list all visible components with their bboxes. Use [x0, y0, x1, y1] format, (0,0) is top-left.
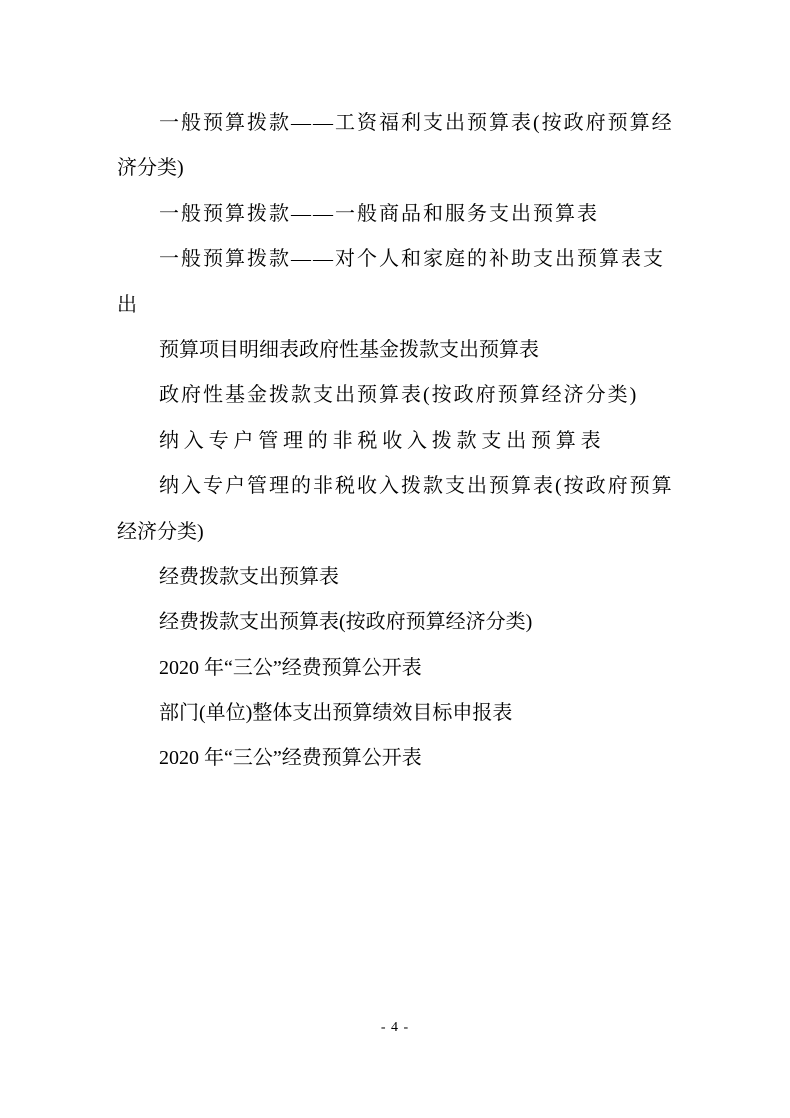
list-item: 政府性基金拨款支出预算表(按政府预算经济分类): [117, 373, 687, 418]
text-line: 经费拨款支出预算表: [117, 555, 687, 600]
text-line: 出: [117, 283, 687, 328]
text-line: 一般预算拨款——工资福利支出预算表(按政府预算经: [117, 101, 687, 146]
page-footer: - 4 -: [0, 1018, 790, 1038]
list-item: 2020 年“三公”经费预算公开表: [117, 736, 687, 781]
list-item: 一般预算拨款——一般商品和服务支出预算表: [117, 192, 687, 237]
text-line: 一般预算拨款——对个人和家庭的补助支出预算表支: [117, 237, 687, 282]
text-line: 济分类): [117, 146, 687, 191]
text-line: 政府性基金拨款支出预算表(按政府预算经济分类): [117, 373, 687, 418]
list-item: 一般预算拨款——对个人和家庭的补助支出预算表支出: [117, 237, 687, 328]
text-line: 一般预算拨款——一般商品和服务支出预算表: [117, 192, 687, 237]
list-item: 经费拨款支出预算表(按政府预算经济分类): [117, 600, 687, 645]
document-body: 一般预算拨款——工资福利支出预算表(按政府预算经济分类)一般预算拨款——一般商品…: [117, 101, 687, 782]
text-line: 部门(单位)整体支出预算绩效目标申报表: [117, 691, 687, 736]
text-line: 2020 年“三公”经费预算公开表: [117, 646, 687, 691]
text-line: 纳入专户管理的非税收入拨款支出预算表(按政府预算: [117, 464, 687, 509]
list-item: 经费拨款支出预算表: [117, 555, 687, 600]
text-line: 2020 年“三公”经费预算公开表: [117, 736, 687, 781]
page-number: - 4 -: [381, 1020, 409, 1035]
list-item: 一般预算拨款——工资福利支出预算表(按政府预算经济分类): [117, 101, 687, 192]
text-line: 纳入专户管理的非税收入拨款支出预算表: [117, 419, 687, 464]
list-item: 纳入专户管理的非税收入拨款支出预算表: [117, 419, 687, 464]
text-line: 预算项目明细表政府性基金拨款支出预算表: [117, 328, 687, 373]
list-item: 预算项目明细表政府性基金拨款支出预算表: [117, 328, 687, 373]
document-page: 一般预算拨款——工资福利支出预算表(按政府预算经济分类)一般预算拨款——一般商品…: [0, 0, 790, 1118]
list-item: 纳入专户管理的非税收入拨款支出预算表(按政府预算经济分类): [117, 464, 687, 555]
list-item: 部门(单位)整体支出预算绩效目标申报表: [117, 691, 687, 736]
text-line: 经费拨款支出预算表(按政府预算经济分类): [117, 600, 687, 645]
list-item: 2020 年“三公”经费预算公开表: [117, 646, 687, 691]
text-line: 经济分类): [117, 510, 687, 555]
